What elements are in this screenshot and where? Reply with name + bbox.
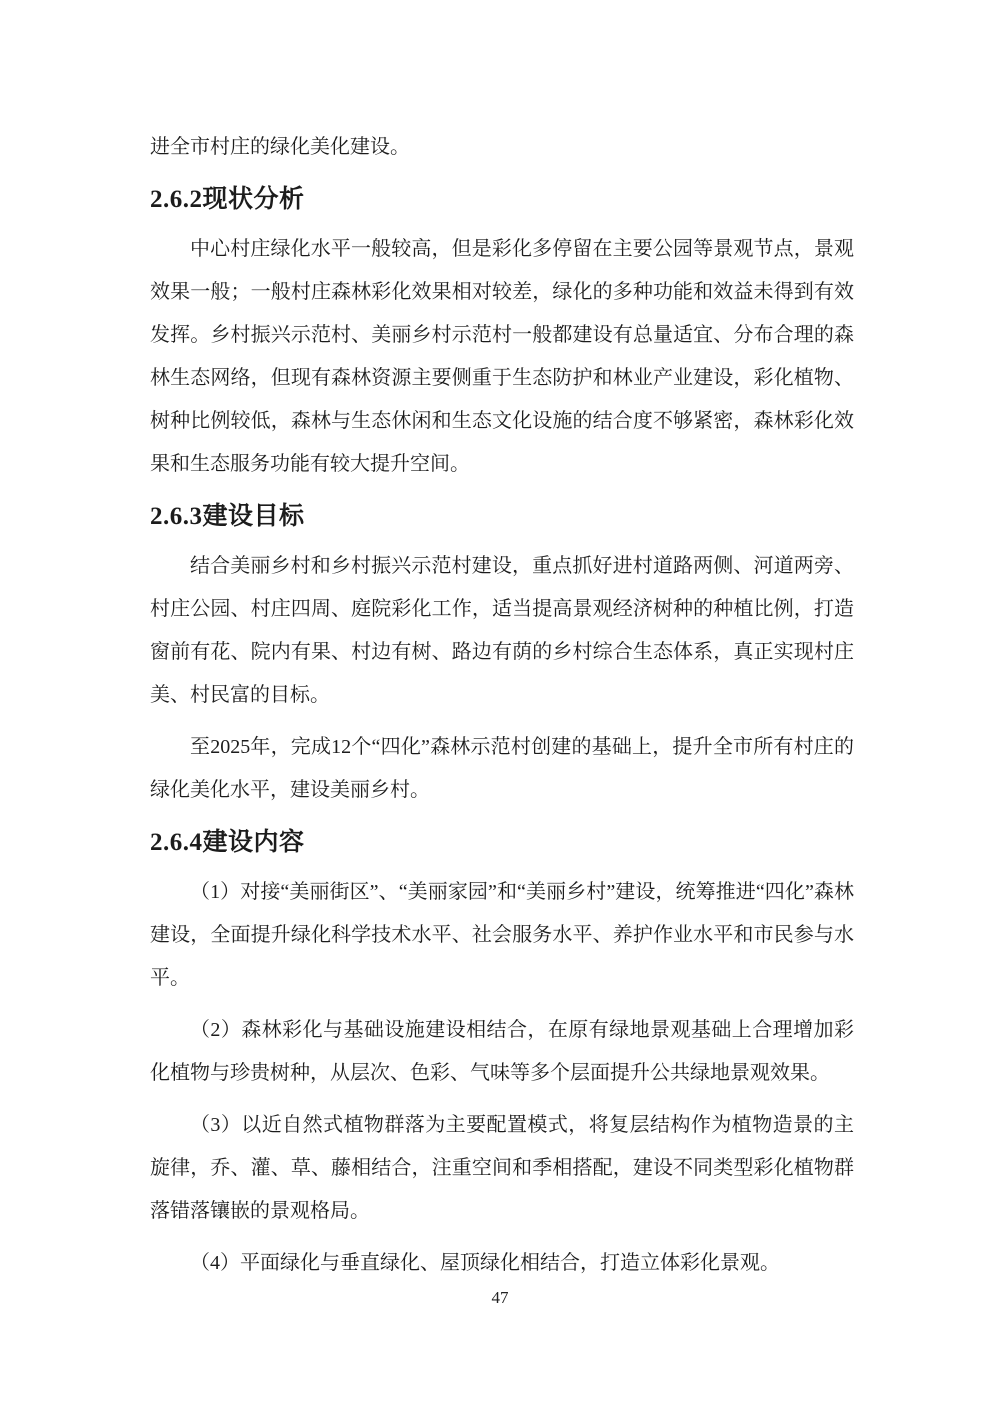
paragraph-content-item-1: （1）对接“美丽街区”、“美丽家园”和“美丽乡村”建设，统筹推进“四化”森林建设… [150,871,854,1000]
paragraph-construction-goal-2: 至2025年，完成12个“四化”森林示范村创建的基础上，提升全市所有村庄的绿化美… [150,726,854,812]
continuation-line: 进全市村庄的绿化美化建设。 [150,126,854,169]
page-number: 47 [0,1288,1000,1308]
section-heading-2-6-4: 2.6.4建设内容 [150,826,854,860]
section-heading-2-6-2: 2.6.2现状分析 [150,183,854,217]
paragraph-content-item-4: （4）平面绿化与垂直绿化、屋顶绿化相结合，打造立体彩化景观。 [150,1242,854,1285]
document-page: 进全市村庄的绿化美化建设。 2.6.2现状分析 中心村庄绿化水平一般较高，但是彩… [0,0,1000,1414]
paragraph-content-item-3: （3）以近自然式植物群落为主要配置模式，将复层结构作为植物造景的主旋律，乔、灌、… [150,1104,854,1233]
paragraph-construction-goal-1: 结合美丽乡村和乡村振兴示范村建设，重点抓好进村道路两侧、河道两旁、村庄公园、村庄… [150,545,854,717]
section-heading-2-6-3: 2.6.3建设目标 [150,500,854,534]
paragraph-content-item-2: （2）森林彩化与基础设施建设相结合，在原有绿地景观基础上合理增加彩化植物与珍贵树… [150,1009,854,1095]
paragraph-status-analysis: 中心村庄绿化水平一般较高，但是彩化多停留在主要公园等景观节点，景观效果一般；一般… [150,228,854,486]
